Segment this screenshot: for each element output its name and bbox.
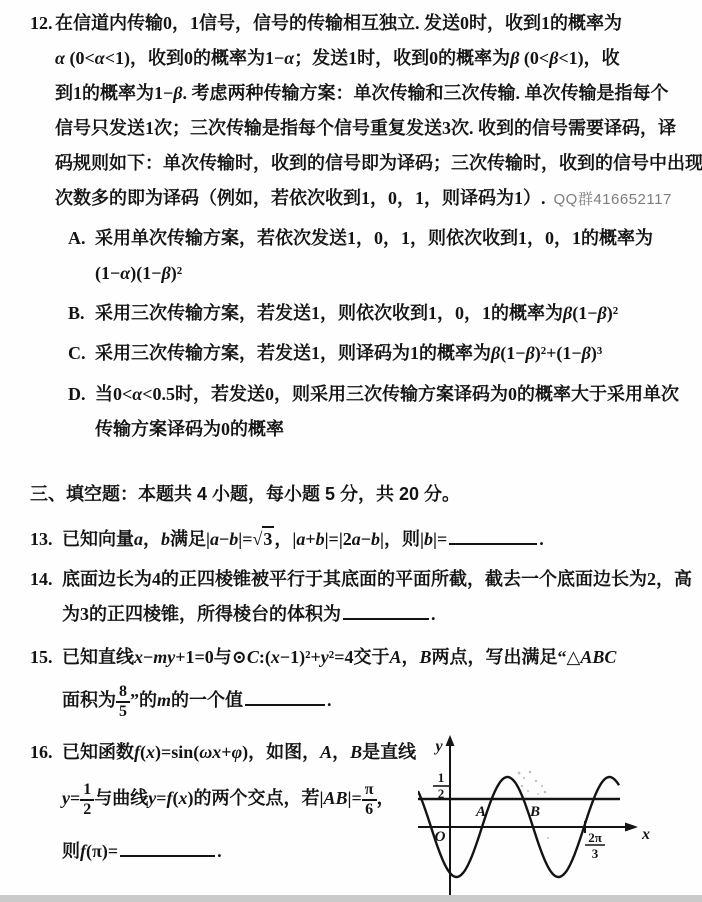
question-12: 12.在信道内传输0，1信号，信号的传输相互独立. 发送0时，收到1的概率为 α… (0, 0, 702, 447)
figure-2pi3-label: 2π 3 (585, 830, 605, 861)
q14-number: 14. (30, 562, 62, 597)
q15-text-1: 已知直线x−my+1=0与⊙C:(x−1)²+y²=4交于A，B两点，写出满足“… (62, 647, 616, 667)
q16-line-2: y=12与曲线y=f(x)的两个交点，若|AB|=π6， (0, 772, 418, 825)
option-c-label: C. (68, 336, 95, 371)
question-14: 14.底面边长为4的正四棱锥被平行于其底面的平面所截，截去一个底面边长为2，高 … (0, 562, 702, 632)
question-15: 15.已知直线x−my+1=0与⊙C:(x−1)²+y²=4交于A，B两点，写出… (0, 640, 702, 725)
svg-text:2π: 2π (588, 830, 602, 845)
q16-text: 16.已知函数f(x)=sin(ωx+φ)，如图，A，B是直线 y=12与曲线y… (0, 732, 418, 878)
q16-number: 16. (30, 732, 62, 772)
q12-option-b: B.采用三次传输方案，若发送1，则依次收到1，0，1的概率为β(1−β)² (0, 296, 702, 331)
q12-stem-line-1: 12.在信道内传输0，1信号，信号的传输相互独立. 发送0时，收到1的概率为 (0, 6, 702, 41)
figure-origin-label: O (435, 829, 446, 845)
q12-number: 12. (30, 6, 55, 41)
question-16: 16.已知函数f(x)=sin(ωx+φ)，如图，A，B是直线 y=12与曲线y… (0, 732, 702, 902)
q16-line-3: 则f(π)=. (0, 825, 418, 878)
q12-stem-line-5: 码规则如下：单次传输时，收到的信号即为译码；三次传输时，收到的信号中出现 (0, 146, 702, 181)
q14-line-2: 为3的正四棱锥，所得棱台的体积为. (0, 597, 702, 632)
svg-text:2: 2 (438, 786, 445, 801)
figure-x-label: x (641, 826, 650, 843)
scan-edge-artifact (0, 895, 702, 902)
q13-line-1: 13.已知向量a，b满足|a−b|=√3，|a+b|=|2a−b|，则|b|=. (0, 522, 702, 557)
q12-option-a-formula: (1−α)(1−β)² (0, 256, 702, 291)
svg-text:1: 1 (438, 770, 445, 785)
x-axis-arrow-icon (625, 823, 638, 832)
q12-stem-line-4: 信号只发送1次；三次传输是指每个信号重复发送3次. 收到的信号需要译码，译 (0, 111, 702, 146)
q12-stem-line-6: 次数多的即为译码（例如，若依次收到1，0，1，则译码为1）.QQ群4166521… (0, 181, 702, 217)
q13-number: 13. (30, 522, 62, 557)
q12-option-d: D.当0<α<0.5时，若发送0，则采用三次传输方案译码为0的概率大于采用单次 (0, 377, 702, 412)
figure-y-label: y (433, 738, 443, 755)
q12-stem-line-2: α (0<α<1)，收到0的概率为1−α；发送1时，收到0的概率为β (0<β<… (0, 41, 702, 76)
q15-number: 15. (30, 640, 62, 675)
option-b-text: 采用三次传输方案，若发送1，则依次收到1，0，1的概率为β(1−β)² (95, 303, 618, 323)
svg-text:3: 3 (592, 846, 599, 861)
q12-stem-text-1: 在信道内传输0，1信号，信号的传输相互独立. 发送0时，收到1的概率为 (55, 13, 622, 33)
figure-half-label: 1 2 (433, 770, 449, 801)
option-a-label: A. (68, 221, 95, 256)
q15-line-1: 15.已知直线x−my+1=0与⊙C:(x−1)²+y²=4交于A，B两点，写出… (0, 640, 702, 675)
question-13: 13.已知向量a，b满足|a−b|=√3，|a+b|=|2a−b|，则|b|=. (0, 522, 702, 557)
option-b-label: B. (68, 296, 95, 331)
q12-option-c: C.采用三次传输方案，若发送1，则译码为1的概率为β(1−β)²+(1−β)³ (0, 336, 702, 371)
figure-point-b-label: B (529, 804, 540, 820)
y-axis-arrow-icon (446, 735, 455, 746)
watermark-text: QQ群416652117 (554, 191, 672, 208)
q15-line-2: 面积为85”的m的一个值. (0, 675, 702, 725)
option-c-text: 采用三次传输方案，若发送1，则译码为1的概率为β(1−β)²+(1−β)³ (95, 343, 602, 363)
q12-option-a: A.采用单次传输方案，若依次发送1，0，1，则依次收到1，0，1的概率为 (0, 221, 702, 256)
q12-option-d-line2: 传输方案译码为0的概率 (0, 412, 702, 447)
q12-options: A.采用单次传输方案，若依次发送1，0，1，则依次收到1，0，1的概率为 (1−… (0, 221, 702, 447)
figure-point-a-label: A (475, 804, 486, 820)
q16-figure: y x O A B 1 2 2π 3 (418, 734, 668, 902)
q12-stem-text-6: 次数多的即为译码（例如，若依次收到1，0，1，则译码为1）. (55, 188, 546, 208)
option-d-label: D. (68, 377, 95, 412)
q14-text-1: 底面边长为4的正四棱锥被平行于其底面的平面所截，截去一个底面边长为2，高 (62, 569, 692, 589)
option-a-text: 采用单次传输方案，若依次发送1，0，1，则依次收到1，0，1的概率为 (95, 228, 653, 248)
q16-text-1: 已知函数f(x)=sin(ωx+φ)，如图，A，B是直线 (62, 742, 416, 762)
section-3-header: 三、填空题：本题共 4 小题，每小题 5 分，共 20 分。 (0, 477, 702, 512)
option-d-text: 当0<α<0.5时，若发送0，则采用三次传输方案译码为0的概率大于采用单次 (95, 384, 679, 404)
q14-line-1: 14.底面边长为4的正四棱锥被平行于其底面的平面所截，截去一个底面边长为2，高 (0, 562, 702, 597)
exam-page: { "watermark": "QQ群416652117", "section3… (0, 0, 702, 902)
q13-text: 已知向量a，b满足|a−b|=√3，|a+b|=|2a−b|，则|b|=. (62, 529, 544, 549)
q12-stem-line-3: 到1的概率为1−β. 考虑两种传输方案：单次传输和三次传输. 单次传输是指每个 (0, 76, 702, 111)
q16-line-1: 16.已知函数f(x)=sin(ωx+φ)，如图，A，B是直线 (0, 732, 418, 772)
